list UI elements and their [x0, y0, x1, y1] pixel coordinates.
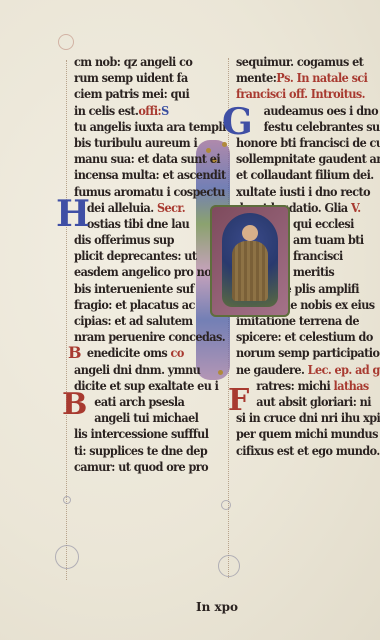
- right-bottom-flourish-ring-icon: [221, 500, 231, 510]
- miniature-saint-francis: [222, 213, 278, 307]
- text-line: et collaudant filium dei.: [236, 167, 356, 183]
- initial-s-small: S: [161, 104, 169, 118]
- text-line: cm nob: qz angeli co: [74, 54, 203, 70]
- text-line: aut absit gloriari: ni: [236, 394, 356, 410]
- text-line: lis intercessione suffful: [74, 426, 203, 442]
- initial-h: H: [56, 196, 90, 232]
- text-line: honore bti francisci de cuius: [236, 135, 356, 151]
- top-flourish-icon: [58, 34, 74, 50]
- text-line: per quem michi mundus cru: [236, 426, 356, 442]
- text-line: dis offerimus sup: [74, 232, 203, 248]
- text-line: si in cruce dni nri ihu xpi:: [236, 410, 356, 426]
- text-line: ti: supplices te dne dep: [74, 443, 203, 459]
- historiated-initial-d: [210, 205, 290, 317]
- catchword: In xpo: [196, 600, 238, 614]
- left-text-column: cm nob: qz angeli co rum semp uident fa …: [74, 54, 214, 475]
- text-line: cifixus est et ego mundo.: [236, 443, 356, 459]
- text-line: nram peruenire concedas.: [74, 329, 203, 345]
- text-line: easdem angelico pro no: [74, 264, 203, 280]
- text-line: in celis est.offi:S: [74, 103, 203, 119]
- rubric-heading: francisci off. Introitus.: [236, 86, 356, 102]
- text-line: plicit deprecantes: ut: [74, 248, 203, 264]
- text-line: dicite et sup exaltate eu i: [74, 378, 203, 394]
- text-line: xultate iusti i dno recto: [236, 184, 356, 200]
- text-line: festu celebrantes sub: [236, 119, 356, 135]
- text-line: enedicite oms co: [74, 345, 203, 361]
- text-line: incensa multa: et ascendit: [74, 167, 203, 183]
- text-line: sollempnitate gaudent angeli: [236, 151, 356, 167]
- text-line: rum semp uident fa: [74, 70, 203, 86]
- text-line: fragio: et placatus ac: [74, 297, 203, 313]
- text-line: ratres: michi lathas: [236, 378, 356, 394]
- text-line: ciem patris mei: qui: [74, 86, 203, 102]
- text-line: bis interueniente suf: [74, 281, 203, 297]
- saint-habit: [232, 241, 268, 301]
- initial-b-small: B: [68, 345, 82, 361]
- manuscript-page: cm nob: qz angeli co rum semp uident fa …: [0, 0, 380, 640]
- text-line: spicere: et celestium do: [236, 329, 356, 345]
- text-line: audeamus oes i dno die: [236, 103, 356, 119]
- left-bottom-flourish-icon: [55, 545, 79, 569]
- saint-head: [242, 225, 258, 241]
- rubric-lectio: Lec. ep. ad gala: [308, 363, 380, 377]
- initial-f: F: [228, 386, 249, 416]
- text-line: fumus aromatu i cospectu: [74, 184, 203, 200]
- text-line: eati arch psesla: [74, 394, 203, 410]
- rubric-co: co: [171, 346, 184, 360]
- right-bottom-flourish-icon: [218, 555, 240, 577]
- rubric-secr: Secr.: [157, 201, 185, 215]
- text-line: angeli dni dnm. ymnu: [74, 362, 203, 378]
- text-line: ne gaudere. Lec. ep. ad gala: [236, 362, 356, 378]
- initial-g: G: [222, 104, 253, 140]
- left-bottom-flourish-ring-icon: [63, 496, 71, 504]
- text-line: ostias tibi dne lau: [74, 216, 203, 232]
- text-line: manu sua: et data sunt ei: [74, 151, 203, 167]
- text-line: sequimur. cogamus et: [236, 54, 356, 70]
- gold-dot-icon: [218, 370, 223, 375]
- text-line: cipias: et ad salutem: [74, 313, 203, 329]
- text-line: angeli tui michael: [74, 410, 203, 426]
- rubric-lathas: lathas: [334, 379, 369, 393]
- text-line: tu angelis iuxta ara templi: [74, 119, 203, 135]
- initial-b-large: B: [62, 390, 87, 420]
- text-line: dei alleluia. Secr.: [74, 200, 203, 216]
- rubric-ps: Ps.: [276, 71, 293, 85]
- text-line: bis turibulu aureum i: [74, 135, 203, 151]
- rubric-in-natale: In natale sci: [297, 71, 368, 85]
- text-line: norum semp participatio: [236, 345, 356, 361]
- text-line: camur: ut quod ore pro: [74, 459, 203, 475]
- rubric-v: V.: [351, 201, 361, 215]
- rubric-offi: offi:: [138, 104, 161, 118]
- text-line: mente:Ps. In natale sci: [236, 70, 356, 86]
